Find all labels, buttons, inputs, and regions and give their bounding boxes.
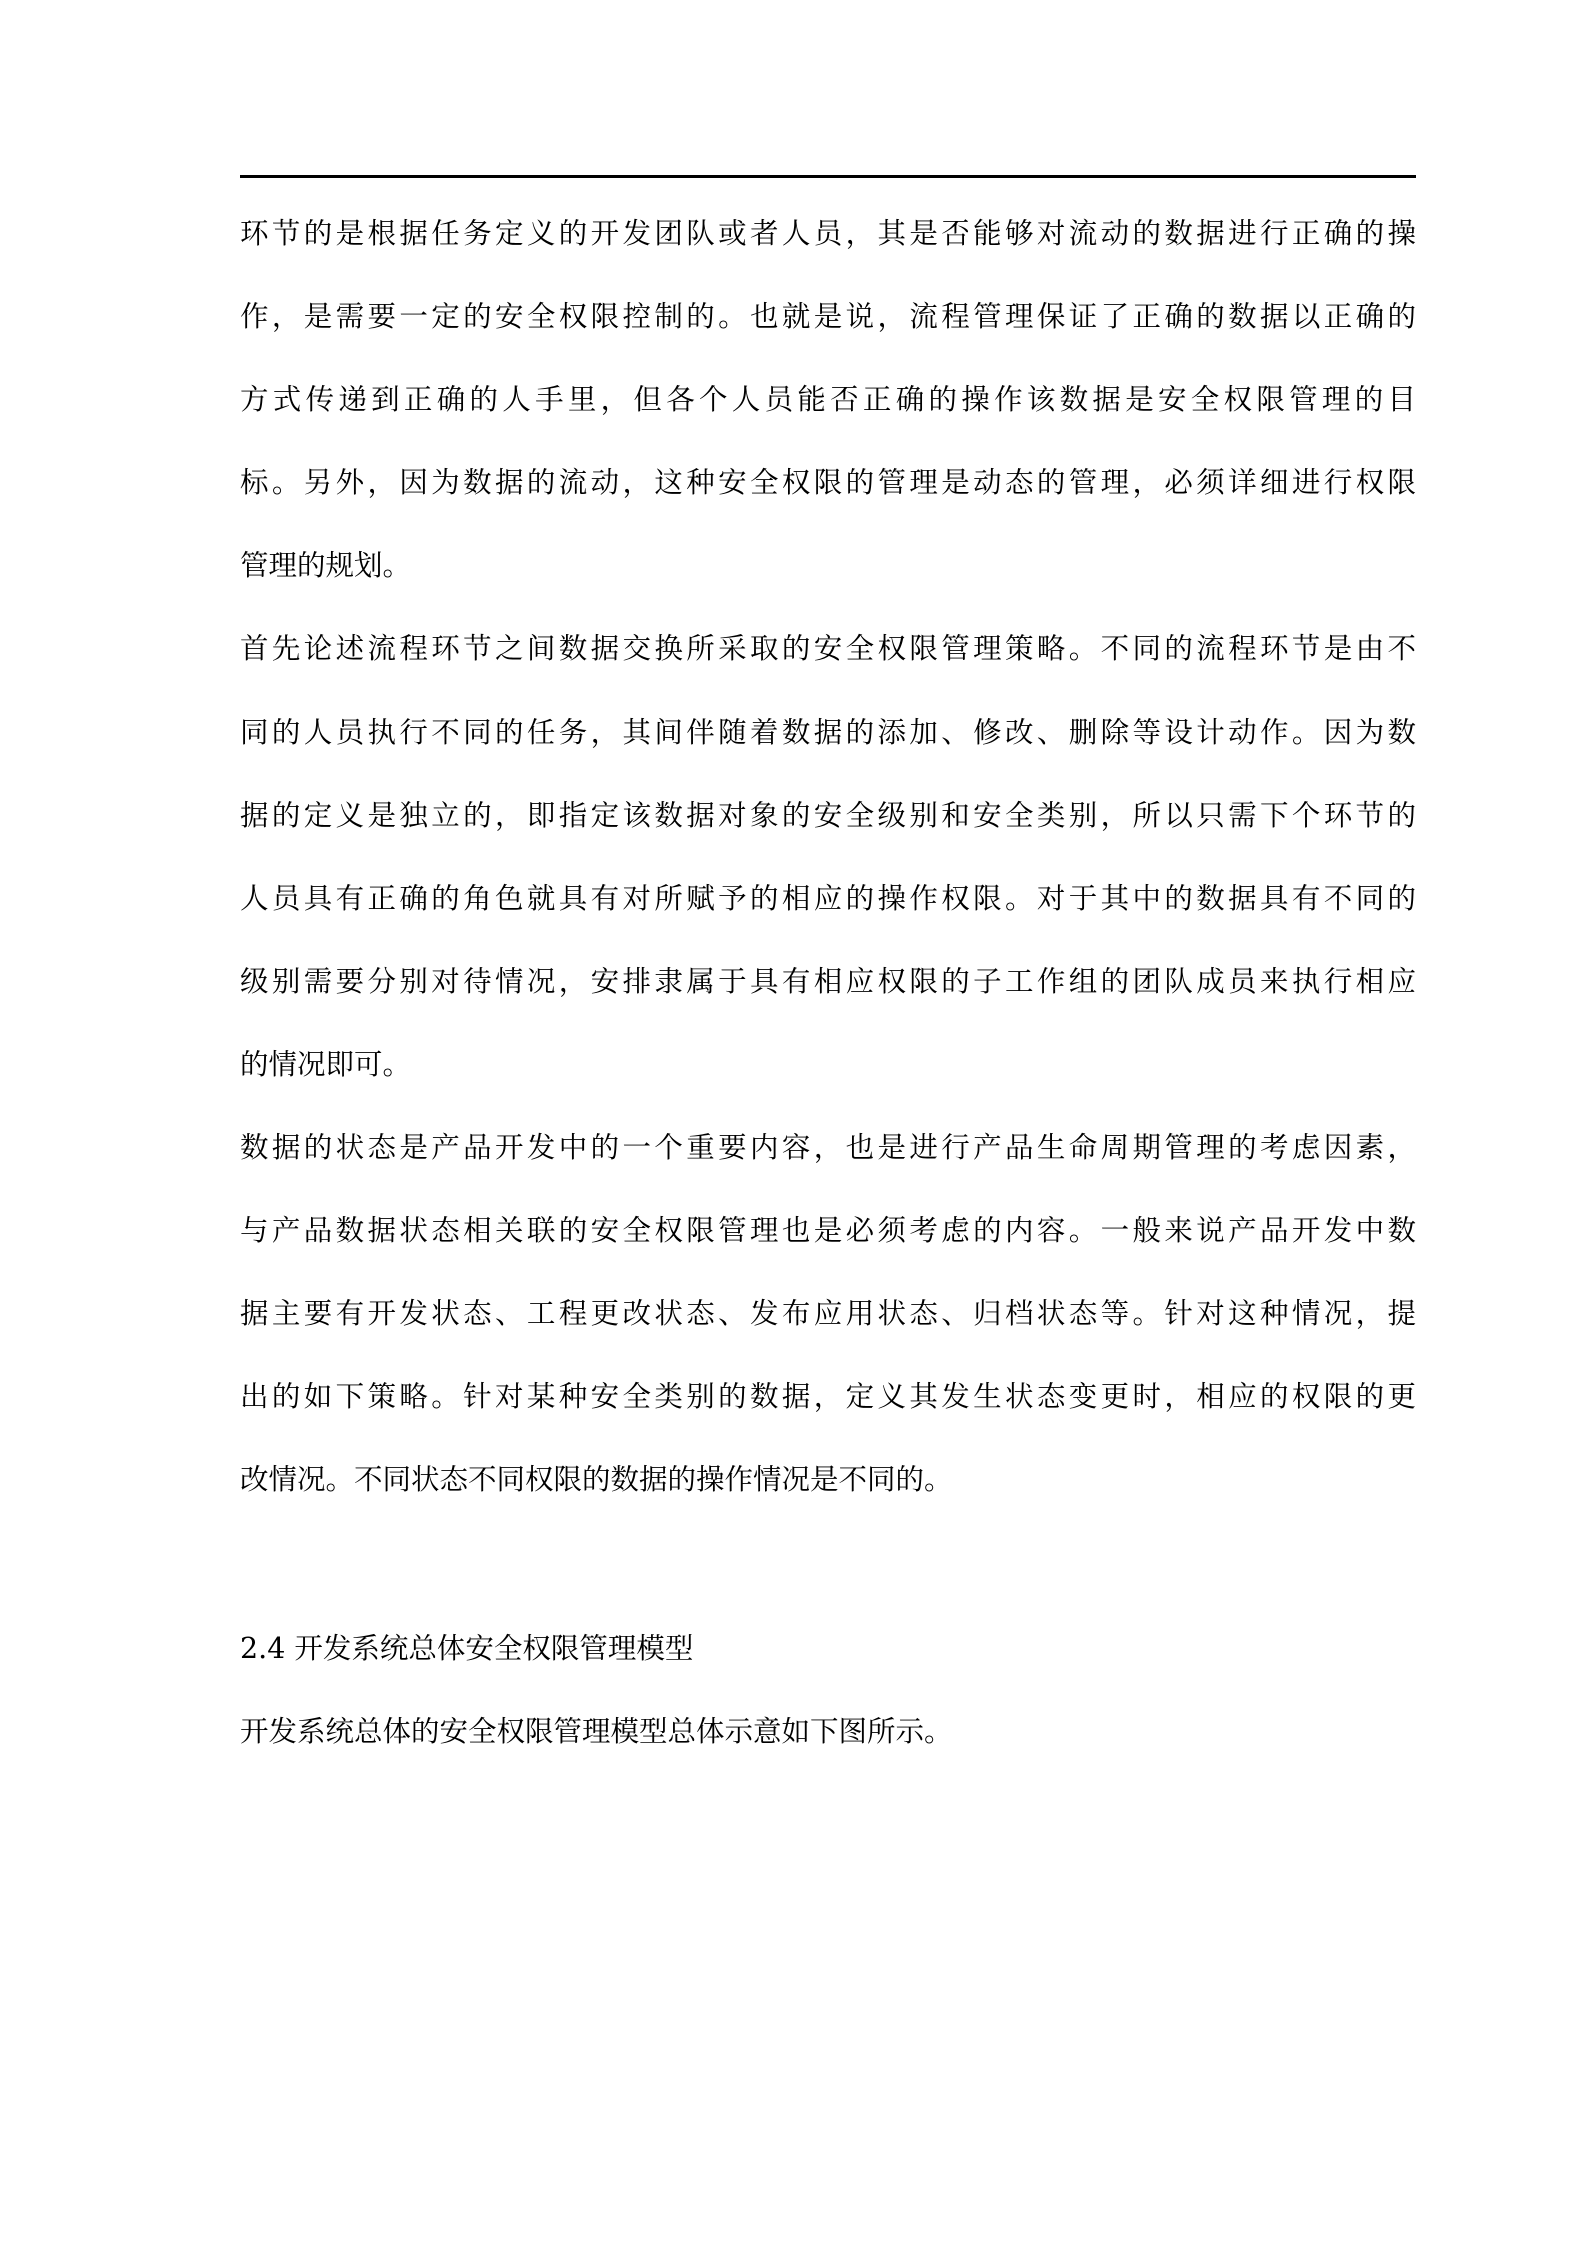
text-line: 级别需要分别对待情况，安排隶属于具有相应权限的子工作组的团队成员来执行相应	[240, 953, 1416, 1036]
text-line: 的情况即可。	[240, 1036, 1416, 1119]
paragraph-2: 首先论述流程环节之间数据交换所采取的安全权限管理策略。不同的流程环节是由不 同的…	[240, 620, 1416, 1119]
section-intro: 开发系统总体的安全权限管理模型总体示意如下图所示。	[240, 1703, 1416, 1786]
text-line: 改情况。不同状态不同权限的数据的操作情况是不同的。	[240, 1451, 1416, 1534]
text-line: 作，是需要一定的安全权限控制的。也就是说，流程管理保证了正确的数据以正确的	[240, 288, 1416, 371]
text-line: 标。另外，因为数据的流动，这种安全权限的管理是动态的管理，必须详细进行权限	[240, 454, 1416, 537]
text-line: 据的定义是独立的，即指定该数据对象的安全级别和安全类别，所以只需下个环节的	[240, 787, 1416, 870]
text-line: 方式传递到正确的人手里，但各个人员能否正确的操作该数据是安全权限管理的目	[240, 371, 1416, 454]
blank-line	[240, 1535, 1416, 1620]
document-body: 环节的是根据任务定义的开发团队或者人员，其是否能够对流动的数据进行正确的操 作，…	[240, 205, 1416, 1786]
text-line: 首先论述流程环节之间数据交换所采取的安全权限管理策略。不同的流程环节是由不	[240, 620, 1416, 703]
text-line: 管理的规划。	[240, 537, 1416, 620]
text-line: 人员具有正确的角色就具有对所赋予的相应的操作权限。对于其中的数据具有不同的	[240, 870, 1416, 953]
text-line: 与产品数据状态相关联的安全权限管理也是必须考虑的内容。一般来说产品开发中数	[240, 1202, 1416, 1285]
text-line: 环节的是根据任务定义的开发团队或者人员，其是否能够对流动的数据进行正确的操	[240, 205, 1416, 288]
text-line: 据主要有开发状态、工程更改状态、发布应用状态、归档状态等。针对这种情况，提	[240, 1285, 1416, 1368]
header-rule	[240, 175, 1416, 178]
text-line: 数据的状态是产品开发中的一个重要内容，也是进行产品生命周期管理的考虑因素，	[240, 1119, 1416, 1202]
paragraph-1: 环节的是根据任务定义的开发团队或者人员，其是否能够对流动的数据进行正确的操 作，…	[240, 205, 1416, 620]
text-line: 出的如下策略。针对某种安全类别的数据，定义其发生状态变更时，相应的权限的更	[240, 1368, 1416, 1451]
section-heading: 2.4 开发系统总体安全权限管理模型	[240, 1620, 1416, 1703]
paragraph-3: 数据的状态是产品开发中的一个重要内容，也是进行产品生命周期管理的考虑因素， 与产…	[240, 1119, 1416, 1534]
text-line: 同的人员执行不同的任务，其间伴随着数据的添加、修改、删除等设计动作。因为数	[240, 704, 1416, 787]
